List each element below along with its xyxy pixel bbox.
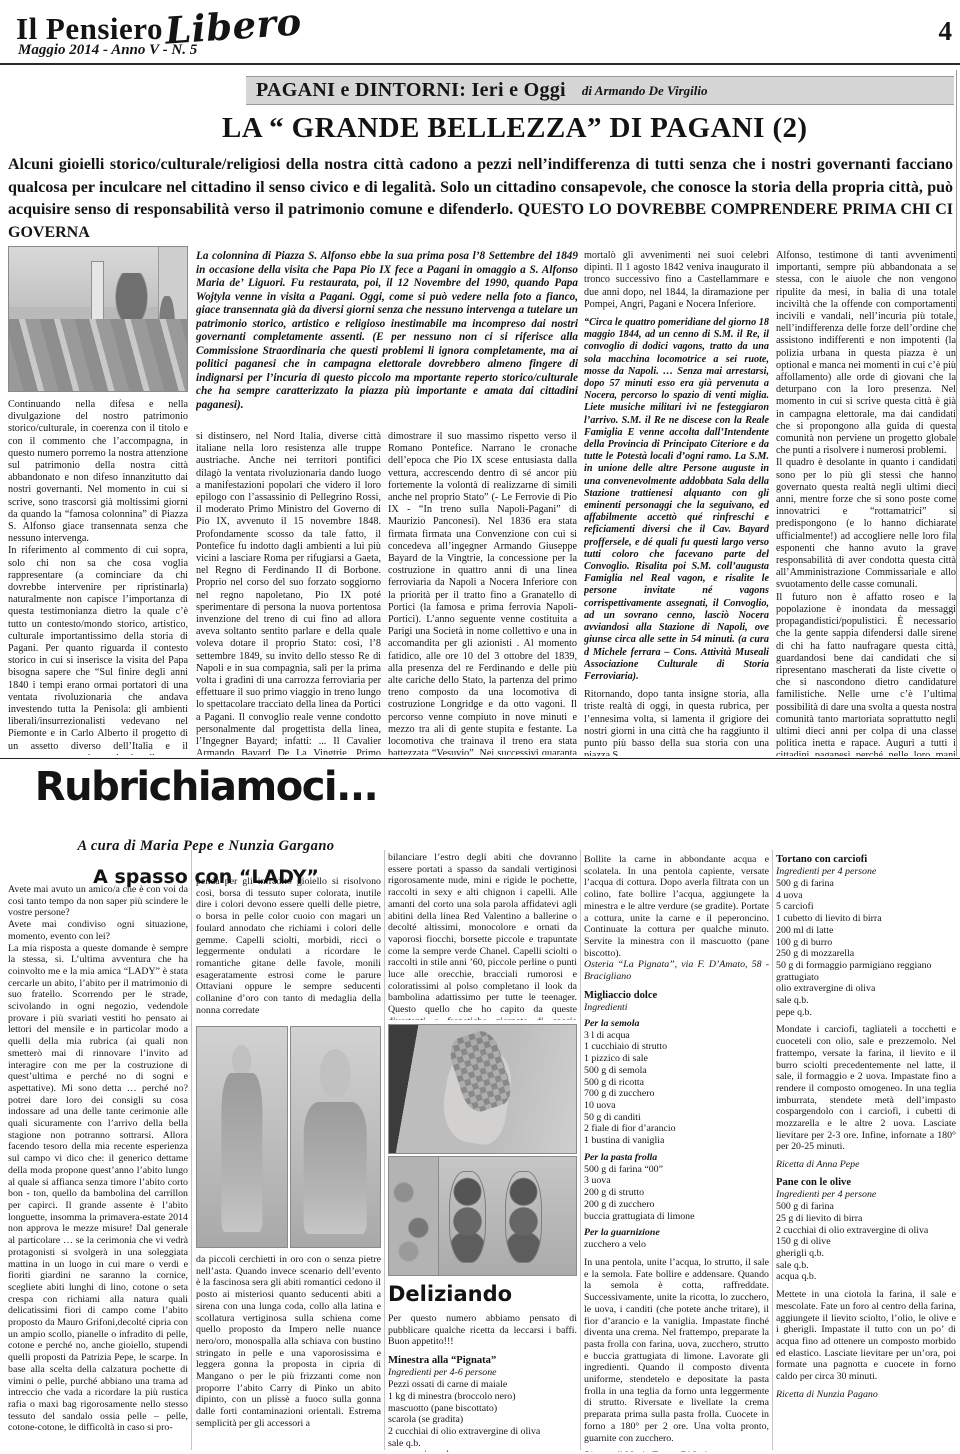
rubric-column-2-top: penda per gli infradito gioiello si riso… (196, 876, 381, 1022)
migliaccio-frolla-ingredients: 500 g di farina “00” 3 uova 200 g di str… (584, 1164, 769, 1223)
model-head (232, 1045, 252, 1076)
masthead-rule (0, 63, 960, 65)
recipe-minestra-serving: Ingredienti per 4-6 persone (388, 1367, 577, 1378)
photo-pavement (9, 319, 187, 391)
recipes-column-4: Bollite la carne in abbondante acqua e s… (584, 854, 769, 1452)
column-rule-1 (191, 850, 192, 1450)
article-intro: Alcuni gioielli storico/culturale/religi… (8, 154, 953, 245)
recipe-pane-title: Pane con le olive (776, 1177, 956, 1188)
right-edge-rule (956, 70, 957, 756)
newspaper-page: Il PensieroLibero Maggio 2014 - Anno V -… (0, 0, 960, 1454)
rubric-column-2-bottom: da piccoli cerchietti in oro con o senza… (196, 1254, 381, 1448)
recipe-pane-instructions: Mettete in una ciotola la farina, il sal… (776, 1289, 956, 1383)
recipe-tortano-title: Tortano con carciofi (776, 854, 956, 865)
column-rule-3 (580, 850, 581, 1450)
masthead-title: Il Pensiero (16, 11, 163, 46)
recipe-minestra-instructions: Bollite la carne in abbondante acqua e s… (584, 854, 769, 959)
deliziando-intro: Per questo numero abbiamo pensato di pub… (388, 1313, 577, 1348)
column-rule-4 (772, 850, 773, 1450)
rubric-title: Rubrichiamoci... (22, 764, 390, 810)
osteria-credit: Osteria “La Pignata”, via F. D’Amato, 58… (584, 959, 769, 982)
migliaccio-frolla-label: Per la pasta frolla (584, 1152, 769, 1163)
migliaccio-guarnizione-label: Per la guarnizione (584, 1227, 769, 1238)
article-column-4: mortalò gli avvenimenti nei suoi celebri… (584, 250, 769, 756)
migliaccio-semola-label: Per la semola (584, 1018, 769, 1029)
earring-left (449, 1171, 487, 1263)
recipes-column-5: Tortano con carciofi Ingredienti per 4 p… (776, 854, 956, 1452)
rubric-curators: A cura di Maria Pepe e Nunzia Gargano (22, 838, 390, 855)
article-column-1: Continuando nella difesa e nella divulga… (8, 399, 188, 755)
recipe-pane-credit: Ricetta di Nunzia Pagano (776, 1389, 956, 1400)
rubric-column-1: Avete mai avuto un amico/a che è con voi… (8, 884, 188, 1446)
recipe-migliaccio-instructions: In una pentola, unite l’acqua, lo strutt… (584, 1257, 769, 1444)
model-face (320, 1049, 350, 1097)
sandal-photo (388, 1024, 577, 1154)
deliziando-title: Deliziando (388, 1282, 577, 1306)
earrings-photo (388, 1156, 577, 1276)
recipe-tortano-serving: Ingredienti per 4 persone (776, 866, 956, 877)
recipe-migliaccio-title: Migliaccio dolce (584, 990, 769, 1001)
recipe-migliaccio-ingredients-label: Ingredienti (584, 1002, 769, 1013)
fashion-model-photo-right (290, 1026, 382, 1248)
recipe-tortano-instructions: Mondate i carciofi, tagliateli a tocchet… (776, 1024, 956, 1153)
piazza-colonnina-photo (8, 246, 188, 392)
recipe-pane-ingredients: 500 g di farina 25 g di lievito di birra… (776, 1201, 956, 1283)
rubric-column-3: bilanciare l’estro degli abiti che dovra… (388, 852, 577, 1020)
article-column-4-quote: “Circa le quattro pomeridiane del giorno… (584, 317, 769, 683)
recipe-pane-serving: Ingredienti per 4 persone (776, 1189, 956, 1200)
model-floral-dress (304, 1102, 367, 1234)
recipe-migliaccio-credit: Ricetta di Maria Teresa Di Iorio (584, 1450, 769, 1452)
article-headline: LA “ GRANDE BELLEZZA” DI PAGANI (2) (222, 112, 952, 145)
article-column-3: dimostrare il suo massimo rispetto verso… (388, 431, 577, 755)
section-divider (0, 758, 960, 759)
issue-line: Maggio 2014 - Anno V - N. 5 (18, 42, 197, 59)
article-column-2: si distinsero, nel Nord Italia, diverse … (196, 431, 381, 755)
model-dress (221, 1073, 262, 1231)
article-column-4-outro: Ritornando, dopo tanta insigne storia, a… (584, 689, 769, 756)
section-kicker-byline: di Armando De Virgilio (582, 83, 708, 99)
migliaccio-semola-ingredients: 3 l di acqua 1 cucchiaio di strutto 1 pi… (584, 1030, 769, 1147)
recipe-tortano-ingredients: 500 g di farina 4 uova 5 carciofi 1 cube… (776, 878, 956, 1018)
section-kicker: PAGANI e DINTORNI: Ieri e Oggi (256, 79, 566, 102)
deliziando-block: Deliziando Per questo numero abbiamo pen… (388, 1282, 577, 1452)
article-column-4-lead: mortalò gli avvenimenti nei suoi celebri… (584, 250, 769, 311)
recipe-tortano-credit: Ricetta di Anna Pepe (776, 1159, 956, 1170)
fashion-model-photo-left (196, 1026, 288, 1248)
photo-caption: La colonnina di Piazza S. Alfonso ebbe l… (196, 250, 578, 427)
column-rule-2 (384, 850, 385, 1450)
fashion-photos (196, 1026, 381, 1248)
beads-strip (389, 1157, 439, 1275)
article-column-5: Alfonso, testimone di tanti avvenimenti … (776, 250, 956, 756)
migliaccio-guarnizione-ingredients: zucchero a velo (584, 1239, 769, 1251)
section-kicker-bar: PAGANI e DINTORNI: Ieri e Oggi di Armand… (246, 76, 954, 105)
recipe-minestra-ingredients: Pezzi ossati di carne di maiale 1 kg di … (388, 1379, 577, 1452)
recipe-minestra-title: Minestra alla “Pignata” (388, 1355, 577, 1366)
page-number: 4 (939, 16, 953, 47)
earring-right (505, 1171, 543, 1263)
